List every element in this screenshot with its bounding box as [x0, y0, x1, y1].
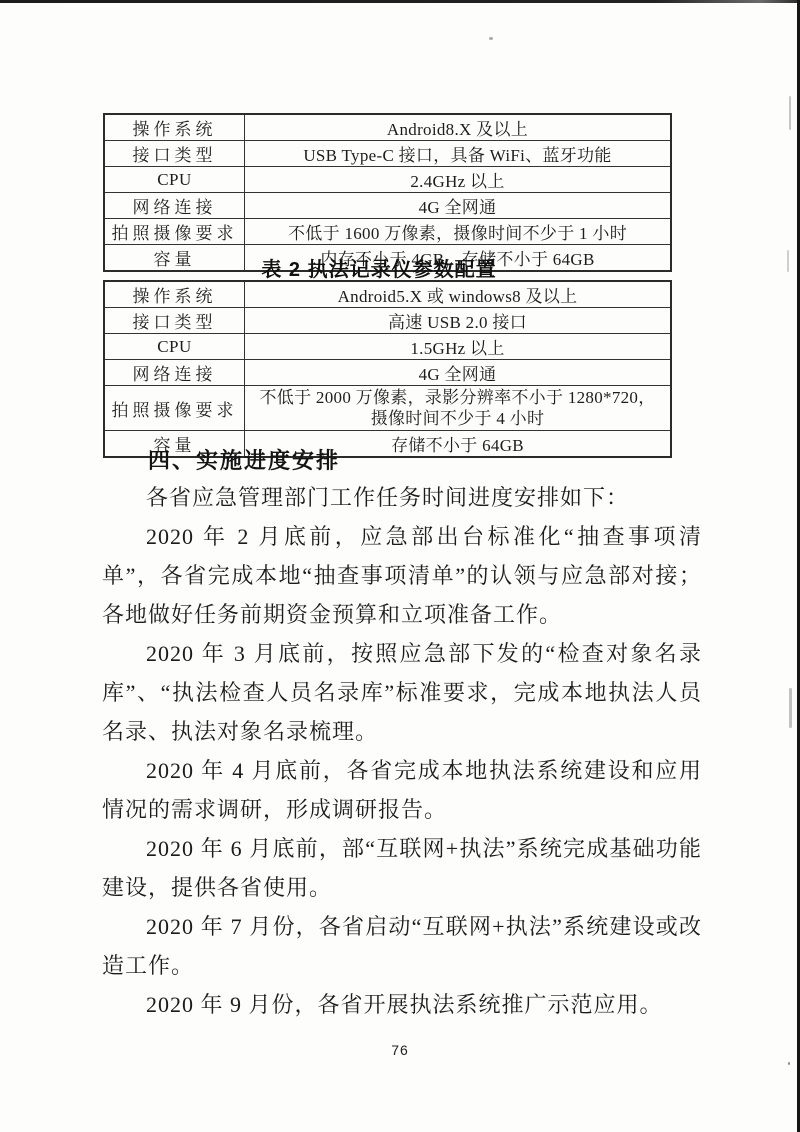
paragraph: 2020 年 2 月底前，应急部出台标准化“抽查事项清单”，各省完成本地“抽查事…	[102, 517, 702, 634]
table-row: 接口类型 高速 USB 2.0 接口	[104, 308, 671, 334]
row-label: 网络连接	[104, 360, 245, 386]
scan-noise	[787, 250, 789, 272]
paragraph: 2020 年 6 月底前，部“互联网+执法”系统完成基础功能建设，提供各省使用。	[102, 829, 702, 907]
row-label: 接口类型	[104, 308, 245, 334]
table-row: CPU 2.4GHz 以上	[104, 167, 671, 193]
row-label: CPU	[104, 167, 245, 193]
scanned-document-page: 操作系统 Android8.X 及以上 接口类型 USB Type-C 接口，具…	[0, 0, 800, 1132]
row-value: 不低于 2000 万像素，录影分辨率不小于 1280*720，摄像时间不少于 4…	[245, 386, 672, 431]
row-value: 4G 全网通	[245, 360, 672, 386]
row-label: CPU	[104, 334, 245, 360]
row-label: 拍照摄像要求	[104, 386, 245, 431]
page-number: 76	[0, 1042, 800, 1058]
table-row: 操作系统 Android5.X 或 windows8 及以上	[104, 281, 671, 308]
paragraph: 各省应急管理部门工作任务时间进度安排如下：	[102, 478, 702, 517]
scan-noise	[788, 1062, 790, 1065]
paragraph: 2020 年 7 月份，各省启动“互联网+执法”系统建设或改造工作。	[102, 907, 702, 985]
scan-edge-top	[0, 0, 800, 3]
row-value: 高速 USB 2.0 接口	[245, 308, 672, 334]
terminal-spec-table: 操作系统 Android8.X 及以上 接口类型 USB Type-C 接口，具…	[103, 113, 672, 272]
row-value: Android5.X 或 windows8 及以上	[245, 281, 672, 308]
scan-noise	[789, 96, 791, 130]
row-value: 4G 全网通	[245, 193, 672, 219]
scan-noise	[789, 688, 792, 728]
row-value: 不低于 1600 万像素，摄像时间不少于 1 小时	[245, 219, 672, 245]
table-row: 网络连接 4G 全网通	[104, 193, 671, 219]
table-row: 操作系统 Android8.X 及以上	[104, 114, 671, 141]
body-text: 各省应急管理部门工作任务时间进度安排如下： 2020 年 2 月底前，应急部出台…	[102, 478, 702, 1024]
row-value: 2.4GHz 以上	[245, 167, 672, 193]
row-value: 1.5GHz 以上	[245, 334, 672, 360]
row-label: 接口类型	[104, 141, 245, 167]
table-row: 接口类型 USB Type-C 接口，具备 WiFi、蓝牙功能	[104, 141, 671, 167]
row-label: 网络连接	[104, 193, 245, 219]
table-row: CPU 1.5GHz 以上	[104, 334, 671, 360]
row-label: 操作系统	[104, 114, 245, 141]
table-row: 网络连接 4G 全网通	[104, 360, 671, 386]
section-heading: 四、实施进度安排	[148, 444, 340, 475]
paragraph: 2020 年 9 月份，各省开展执法系统推广示范应用。	[102, 985, 702, 1024]
row-value: Android8.X 及以上	[245, 114, 672, 141]
table2-caption: 表 2 执法记录仪参数配置	[103, 253, 655, 282]
row-label: 操作系统	[104, 281, 245, 308]
table-row: 拍照摄像要求 不低于 1600 万像素，摄像时间不少于 1 小时	[104, 219, 671, 245]
table-row: 拍照摄像要求 不低于 2000 万像素，录影分辨率不小于 1280*720，摄像…	[104, 386, 671, 431]
recorder-spec-table: 操作系统 Android5.X 或 windows8 及以上 接口类型 高速 U…	[103, 280, 672, 458]
paragraph: 2020 年 4 月底前，各省完成本地执法系统建设和应用情况的需求调研，形成调研…	[102, 751, 702, 829]
paragraph: 2020 年 3 月底前，按照应急部下发的“检查对象名录库”、“执法检查人员名录…	[102, 634, 702, 751]
row-value: USB Type-C 接口，具备 WiFi、蓝牙功能	[245, 141, 672, 167]
row-label: 拍照摄像要求	[104, 219, 245, 245]
scan-noise	[489, 37, 493, 40]
